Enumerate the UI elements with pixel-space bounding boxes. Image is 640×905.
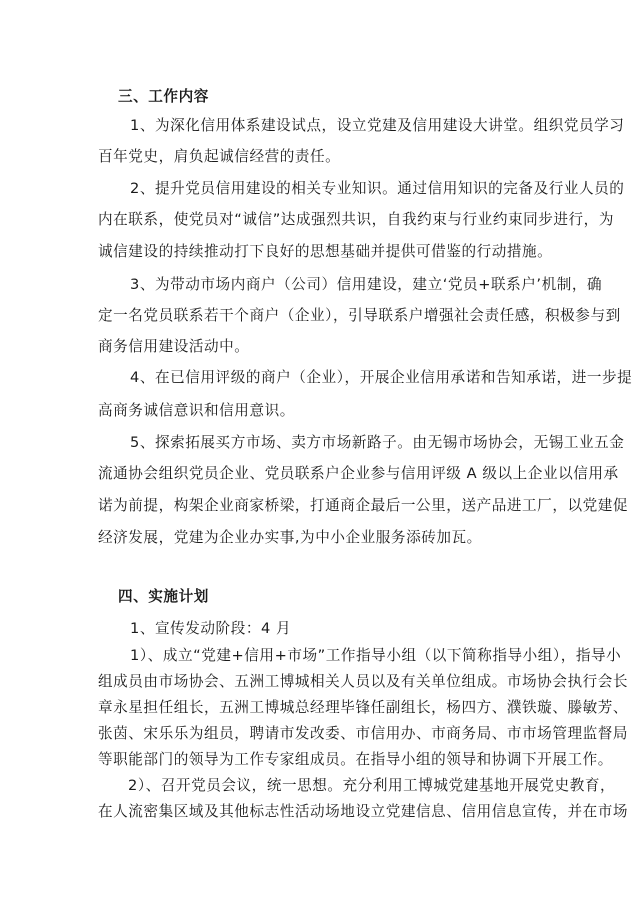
section-heading-implementation-plan: 四、实施计划 xyxy=(118,587,564,607)
document-page: 三、工作内容 1、为深化信用体系建设试点，设立党建及信用建设大讲堂。组织党员学习… xyxy=(0,0,640,905)
paragraph-line: 2）、召开党员会议，统一思想。充分利用工博城党建基地开展党史教育， xyxy=(128,776,544,796)
section-heading-work-content: 三、工作内容 xyxy=(118,87,564,107)
paragraph-line: 2、提升党员信用建设的相关专业知识。通过信用知识的完备及行业人员的 xyxy=(130,179,544,199)
paragraph-line: 经济发展，党建为企业办实事,为中小企业服务添砖加瓦。 xyxy=(98,528,544,548)
paragraph-line: 在人流密集区域及其他标志性活动场地设立党建信息、信用信息宣传，并在市场 xyxy=(98,802,544,822)
paragraph-line: 高商务诚信意识和信用意识。 xyxy=(98,401,544,421)
paragraph-line: 组成员由市场协会、五洲工博城相关人员以及有关单位组成。市场协会执行会长 xyxy=(98,672,544,692)
paragraph-line: 1）、成立“党建+信用+市场”工作指导小组（以下简称指导小组），指导小 xyxy=(130,646,544,666)
paragraph-line: 定一名党员联系若干个商户（企业），引导联系户增强社会责任感，积极参与到 xyxy=(98,306,544,326)
paragraph-line: 商务信用建设活动中。 xyxy=(98,337,544,357)
paragraph-line: 诚信建设的持续推动打下良好的思想基础并提供可借鉴的行动措施。 xyxy=(98,242,544,262)
paragraph-line: 5、探索拓展买方市场、卖方市场新路子。由无锡市场协会，无锡工业五金 xyxy=(130,433,544,453)
paragraph-line: 4、在已信用评级的商户（企业），开展企业信用承诺和告知承诺，进一步提 xyxy=(130,368,544,388)
paragraph-line: 百年党史，肩负起诚信经营的责任。 xyxy=(98,147,544,167)
paragraph-line: 1、为深化信用体系建设试点，设立党建及信用建设大讲堂。组织党员学习 xyxy=(130,116,544,136)
paragraph-line: 1、宣传发动阶段：4 月 xyxy=(130,619,544,639)
paragraph-line: 等职能部门的领导为工作专家组成员。在指导小组的领导和协调下开展工作。 xyxy=(98,750,544,770)
paragraph-line: 流通协会组织党员企业、党员联系户企业参与信用评级 A 级以上企业以信用承 xyxy=(98,464,544,484)
paragraph-line: 诺为前提，构架企业商家桥梁，打通商企最后一公里，送产品进工厂，以党建促 xyxy=(98,496,544,516)
paragraph-line: 章永星担任组长，五洲工博城总经理毕锋任副组长，杨四方、濮铁璇、滕敏芳、 xyxy=(98,698,544,718)
paragraph-line: 张茵、宋乐乐为组员，聘请市发改委、市信用办、市商务局、市市场管理监督局 xyxy=(98,724,544,744)
paragraph-line: 3、为带动市场内商户（公司）信用建设，建立‘党员+联系户’机制，确 xyxy=(130,275,544,295)
paragraph-line: 内在联系，使党员对“诚信”达成强烈共识，自我约束与行业约束同步进行，为 xyxy=(98,210,544,230)
